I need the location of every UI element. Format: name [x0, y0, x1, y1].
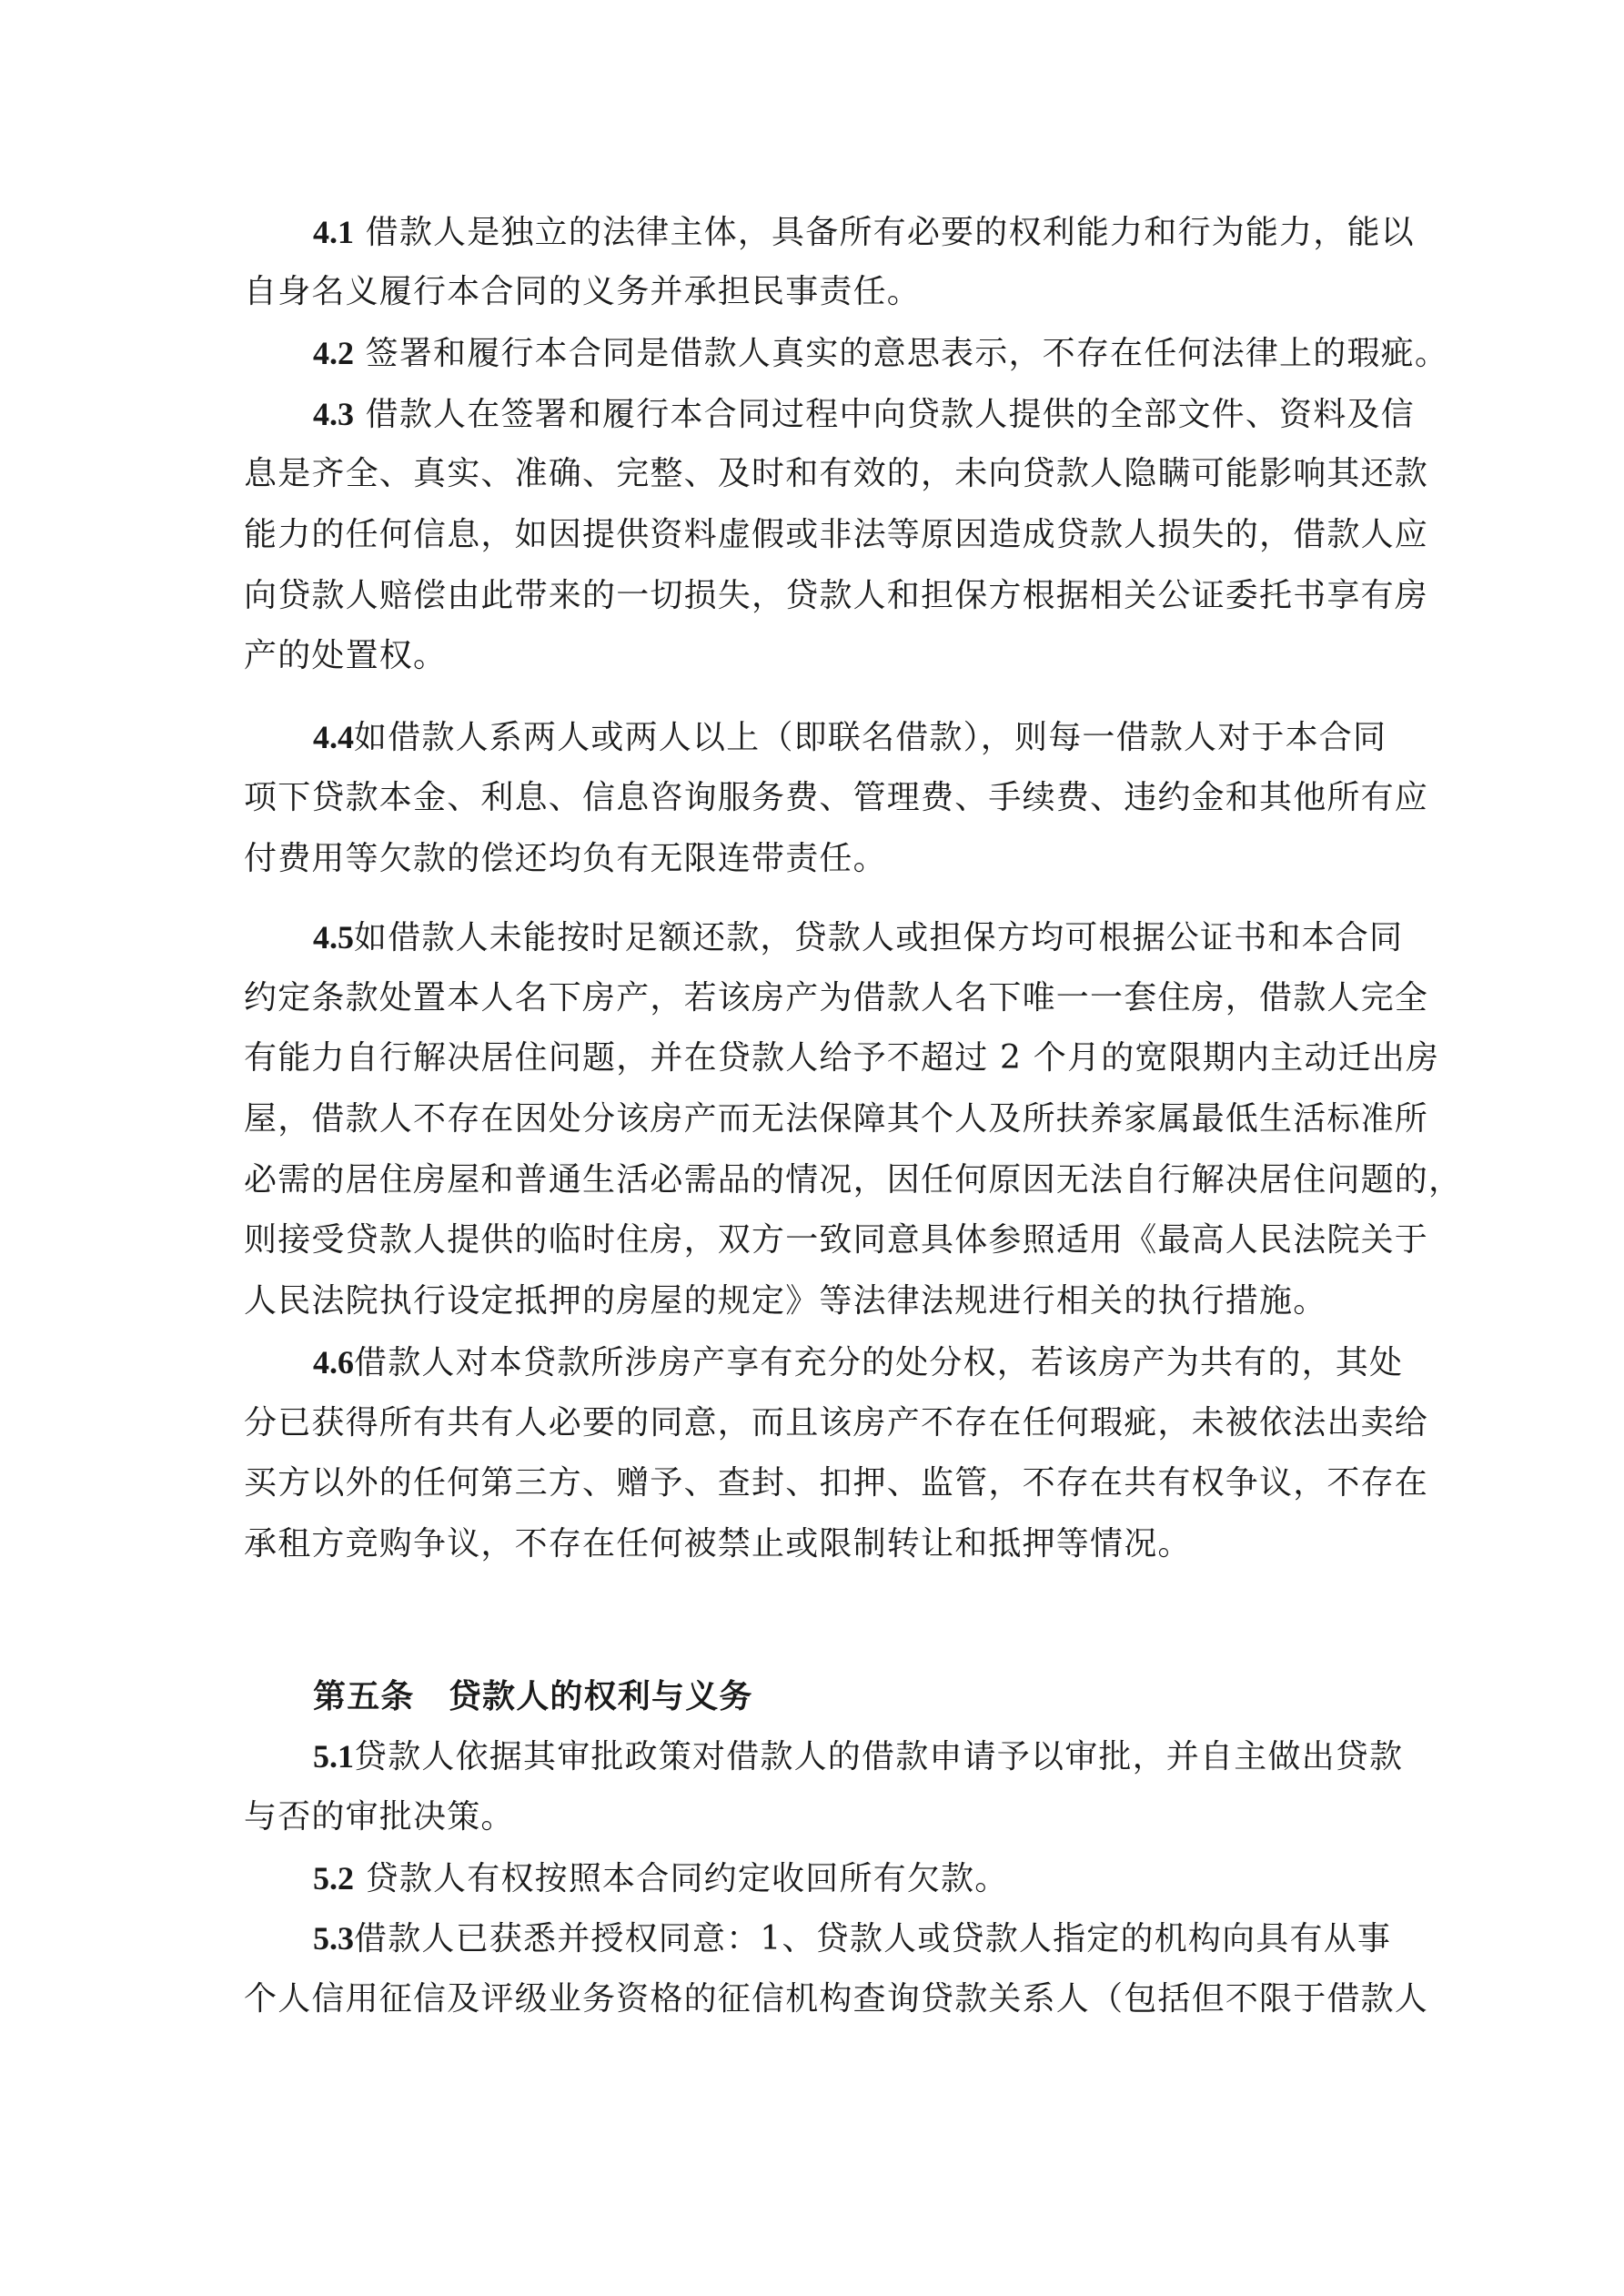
clause-text: 借款人是独立的法律主体，具备所有必要的权利能力和行为能力，能以: [354, 214, 1415, 251]
clause-number: 4.2: [313, 335, 354, 371]
clause-4-6-line-2: 分已获得所有共有人必要的同意，而且该房产不存在任何瑕疵，未被依法出卖给: [244, 1403, 1381, 1443]
clause-4-4-line-3: 付费用等欠款的偿还均负有无限连带责任。: [244, 839, 1381, 879]
clause-5-3-line-2: 个人信用征信及评级业务资格的征信机构查询贷款关系人（包括但不限于借款人: [244, 1979, 1381, 2019]
clause-5-2-line-1: 5.2 贷款人有权按照本合同约定收回所有欠款。: [313, 1858, 1381, 1899]
clause-5-1-line-1: 5.1贷款人依据其审批政策对借款人的借款申请予以审批，并自主做出贷款: [313, 1736, 1381, 1777]
clause-text: 借款人已获悉并授权同意：1、贷款人或贷款人指定的机构向具有从事: [354, 1920, 1391, 1957]
clause-4-5-line-4: 屋，借款人不存在因处分该房产而无法保障其个人及所扶养家属最低生活标准所: [244, 1099, 1381, 1139]
clause-5-1-line-2: 与否的审批决策。: [244, 1797, 1381, 1837]
clause-5-3-line-1: 5.3借款人已获悉并授权同意：1、贷款人或贷款人指定的机构向具有从事: [313, 1918, 1381, 1959]
clause-4-5-line-2: 约定条款处置本人名下房产，若该房产为借款人名下唯一一套住房，借款人完全: [244, 978, 1381, 1018]
clause-text: 借款人对本贷款所涉房产享有充分的处分权，若该房产为共有的，其处: [354, 1344, 1403, 1381]
clause-text: 如借款人未能按时足额还款，贷款人或担保方均可根据公证书和本合同: [354, 919, 1403, 956]
clause-number: 4.4: [313, 719, 354, 755]
clause-number: 4.5: [313, 919, 354, 956]
clause-text: 贷款人有权按照本合同约定收回所有欠款。: [354, 1860, 1008, 1897]
clause-text: 签署和履行本合同是借款人真实的意思表示，不存在任何法律上的瑕疵。: [354, 335, 1448, 372]
clause-4-6-line-4: 承租方竞购争议，不存在任何被禁止或限制转让和抵押等情况。: [244, 1524, 1381, 1564]
clause-text: 贷款人依据其审批政策对借款人的借款申请予以审批，并自主做出贷款: [354, 1738, 1403, 1775]
clause-number: 4.1: [313, 214, 354, 250]
clause-text: 如借款人系两人或两人以上（即联名借款），则每一借款人对于本合同: [354, 719, 1387, 756]
clause-4-3-line-5: 产的处置权。: [244, 636, 1381, 676]
clause-4-1-line-2: 自身名义履行本合同的义务并承担民事责任。: [244, 272, 1381, 312]
document-page: 4.1 借款人是独立的法律主体，具备所有必要的权利能力和行为能力，能以 自身名义…: [0, 0, 1624, 2296]
clause-4-5-line-3: 有能力自行解决居住问题，并在贷款人给予不超过 2 个月的宽限期内主动迁出房: [244, 1038, 1381, 1078]
clause-4-5-line-5: 必需的居住房屋和普通生活必需品的情况，因任何原因无法自行解决居住问题的，: [244, 1160, 1381, 1200]
clause-4-5-line-6: 则接受贷款人提供的临时住房，双方一致同意具体参照适用《最高人民法院关于: [244, 1220, 1381, 1260]
clause-4-5-line-7: 人民法院执行设定抵押的房屋的规定》等法律法规进行相关的执行措施。: [244, 1281, 1381, 1321]
clause-4-4-line-2: 项下贷款本金、利息、信息咨询服务费、管理费、手续费、违约金和其他所有应: [244, 778, 1381, 818]
clause-4-5-line-1: 4.5如借款人未能按时足额还款，贷款人或担保方均可根据公证书和本合同: [313, 917, 1381, 958]
clause-4-6-line-1: 4.6借款人对本贷款所涉房产享有充分的处分权，若该房产为共有的，其处: [313, 1342, 1381, 1383]
clause-4-2-line-1: 4.2 签署和履行本合同是借款人真实的意思表示，不存在任何法律上的瑕疵。: [313, 333, 1381, 374]
section-heading: 第五条 贷款人的权利与义务: [313, 1676, 1381, 1716]
clause-4-3-line-1: 4.3 借款人在签署和履行本合同过程中向贷款人提供的全部文件、资料及信: [313, 394, 1381, 435]
clause-number: 5.3: [313, 1920, 354, 1957]
clause-number: 5.2: [313, 1860, 354, 1896]
clause-text: 借款人在签署和履行本合同过程中向贷款人提供的全部文件、资料及信: [354, 396, 1415, 433]
clause-number: 4.6: [313, 1344, 354, 1381]
clause-4-4-line-1: 4.4如借款人系两人或两人以上（即联名借款），则每一借款人对于本合同: [313, 717, 1381, 758]
clause-number: 5.1: [313, 1738, 354, 1775]
clause-4-1-line-1: 4.1 借款人是独立的法律主体，具备所有必要的权利能力和行为能力，能以: [313, 212, 1381, 253]
clause-4-6-line-3: 买方以外的任何第三方、赠予、查封、扣押、监管，不存在共有权争议，不存在: [244, 1463, 1381, 1503]
clause-number: 4.3: [313, 396, 354, 432]
clause-4-3-line-3: 能力的任何信息，如因提供资料虚假或非法等原因造成贷款人损失的，借款人应: [244, 515, 1381, 555]
clause-4-3-line-4: 向贷款人赔偿由此带来的一切损失，贷款人和担保方根据相关公证委托书享有房: [244, 576, 1381, 616]
clause-4-3-line-2: 息是齐全、真实、准确、完整、及时和有效的，未向贷款人隐瞒可能影响其还款: [244, 454, 1381, 494]
